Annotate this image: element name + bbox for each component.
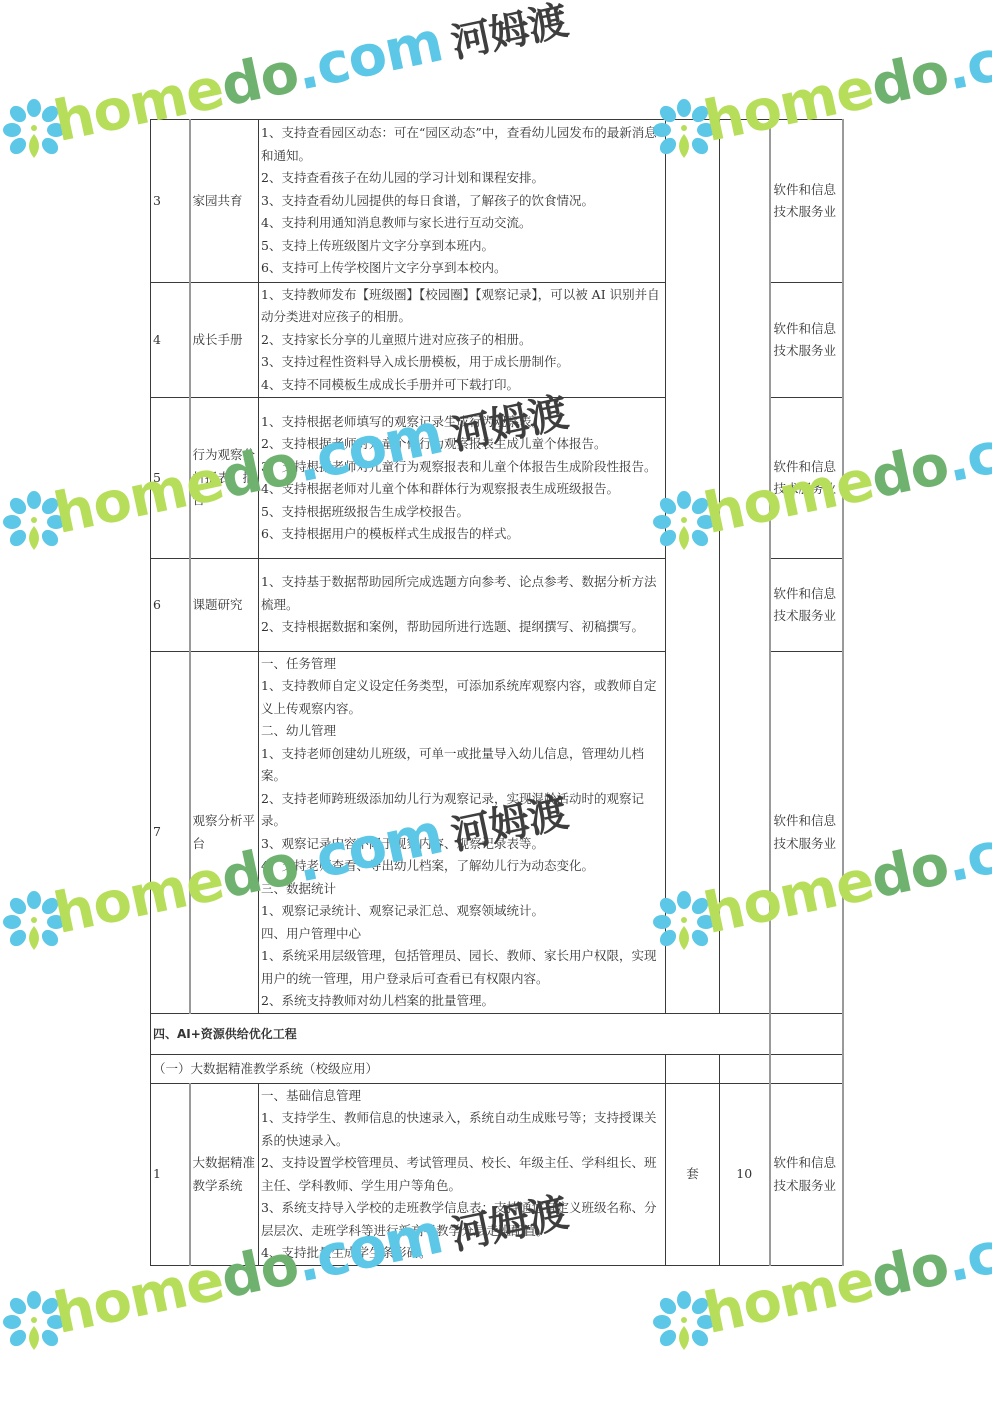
description-line: 4、支持不同模板生成成长手册并可下载打印。 [261,374,663,397]
specification-table: 3 家园共育 1、支持查看园区动态：可在“园区动态”中，查看幼儿园发布的最新消息… [150,119,844,1266]
description-line: 1、支持老师创建幼儿班级，可单一或批量导入幼儿信息，管理幼儿档案。 [261,743,663,788]
description-line: 1、支持学生、教师信息的快速录入，系统自动生成账号等；支持授课关系的快速录入。 [261,1107,663,1152]
description-line: 2、支持老师跨班级添加幼儿行为观察记录，实现混龄活动时的观察记录。 [261,788,663,833]
item-name: 行为观察分析报表、报告 [190,398,259,559]
description-line: 1、支持教师发布【班级圈】【校园圈】【观察记录】，可以被 AI 识别并自动分类进… [261,284,663,329]
flower-logo-icon [2,1290,66,1354]
description-line: 4、支持利用通知消息教师与家长进行互动交流。 [261,212,663,235]
industry-category: 软件和信息技术服务业 [770,283,843,398]
empty-cell [770,1014,843,1055]
description-line: 3、支持根据老师对儿童行为观察报表和儿童个体报告生成阶段性报告。 [261,456,663,479]
description-line: 4、支持批量生成学生条形码。 [261,1242,663,1265]
description-line: 一、基础信息管理 [261,1085,663,1108]
description-line: 6、支持根据用户的模板样式生成报告的样式。 [261,523,663,546]
item-description: 1、支持基于数据帮助园所完成选题方向参考、论点参考、数据分析方法梳理。2、支持根… [259,559,666,652]
industry-category: 软件和信息技术服务业 [770,1084,843,1266]
description-line: 5、支持根据班级报告生成学校报告。 [261,501,663,524]
description-line: 1、支持根据老师填写的观察记录生成行为观察表。 [261,411,663,434]
empty-cell [666,1055,720,1084]
description-line: 3、支持过程性资料导入成长册模板，用于成长册制作。 [261,351,663,374]
item-description: 1、支持查看园区动态：可在“园区动态”中，查看幼儿园发布的最新消息和通知。2、支… [259,120,666,283]
description-line: 2、支持家长分享的儿童照片进对应孩子的相册。 [261,329,663,352]
unit-cell: 套 [666,1084,720,1266]
item-description: 一、任务管理1、支持教师自定义设定任务类型，可添加系统库观察内容，或教师自定义上… [259,652,666,1014]
empty-cell [720,1055,770,1084]
empty-cell [770,1055,843,1084]
flower-logo-icon [2,98,66,162]
item-description: 1、支持根据老师填写的观察记录生成行为观察表。2、支持根据老师对儿童个体行为观察… [259,398,666,559]
description-line: 4、支持根据老师对儿童个体和群体行为观察报表生成班级报告。 [261,478,663,501]
description-line: 一、任务管理 [261,653,663,676]
description-line: 1、支持教师自定义设定任务类型，可添加系统库观察内容，或教师自定义上传观察内容。 [261,675,663,720]
industry-category: 软件和信息技术服务业 [770,120,843,283]
description-line: 三、数据统计 [261,878,663,901]
row-number: 5 [151,398,190,559]
item-name: 课题研究 [190,559,259,652]
description-line: 1、系统采用层级管理，包括管理员、园长、教师、家长用户权限，实现用户的统一管理，… [261,945,663,990]
table-row: 3 家园共育 1、支持查看园区动态：可在“园区动态”中，查看幼儿园发布的最新消息… [151,120,843,283]
industry-category: 软件和信息技术服务业 [770,652,843,1014]
row-number: 3 [151,120,190,283]
flower-logo-icon [2,490,66,554]
item-name: 成长手册 [190,283,259,398]
sub-heading: （一）大数据精准教学系统（校级应用） [151,1055,666,1084]
description-line: 1、支持基于数据帮助园所完成选题方向参考、论点参考、数据分析方法梳理。 [261,571,663,616]
row-number: 1 [151,1084,190,1266]
section-heading-row: 四、AI+资源供给优化工程 [151,1014,843,1055]
quantity-cell: 10 [720,1084,770,1266]
industry-category: 软件和信息技术服务业 [770,398,843,559]
description-line: 二、幼儿管理 [261,720,663,743]
row-number: 4 [151,283,190,398]
item-description: 1、支持教师发布【班级圈】【校园圈】【观察记录】，可以被 AI 识别并自动分类进… [259,283,666,398]
quantity-cell-merged [720,120,770,1014]
description-line: 2、支持根据数据和案例，帮助园所进行选题、提纲撰写、初稿撰写。 [261,616,663,639]
unit-cell-merged [666,120,720,1014]
flower-logo-icon [2,890,66,954]
item-name: 家园共育 [190,120,259,283]
description-line: 2、系统支持教师对幼儿档案的批量管理。 [261,990,663,1013]
item-name: 大数据精准教学系统 [190,1084,259,1266]
item-name: 观察分析平台 [190,652,259,1014]
description-line: 1、支持查看园区动态：可在“园区动态”中，查看幼儿园发布的最新消息和通知。 [261,122,663,167]
description-line: 1、观察记录统计、观察记录汇总、观察领域统计。 [261,900,663,923]
sub-heading-row: （一）大数据精准教学系统（校级应用） [151,1055,843,1084]
description-line: 2、支持根据老师对儿童个体行为观察报表生成儿童个体报告。 [261,433,663,456]
row-number: 7 [151,652,190,1014]
table-row: 1 大数据精准教学系统 一、基础信息管理1、支持学生、教师信息的快速录入，系统自… [151,1084,843,1266]
description-line: 3、支持查看幼儿园提供的每日食谱，了解孩子的饮食情况。 [261,190,663,213]
description-line: 5、支持上传班级图片文字分享到本班内。 [261,235,663,258]
description-line: 2、支持查看孩子在幼儿园的学习计划和课程安排。 [261,167,663,190]
flower-logo-icon [652,1290,716,1354]
description-line: 4、支持老师查看、导出幼儿档案，了解幼儿行为动态变化。 [261,855,663,878]
item-description: 一、基础信息管理1、支持学生、教师信息的快速录入，系统自动生成账号等；支持授课关… [259,1084,666,1266]
section-heading: 四、AI+资源供给优化工程 [151,1014,770,1055]
description-line: 3、观察记录内容不限于观察内容、观察记录表等。 [261,833,663,856]
description-line: 3、系统支持导入学校的走班教学信息表；支持通过自定义班级名称、分层层次、走班学科… [261,1197,663,1242]
description-line: 四、用户管理中心 [261,923,663,946]
description-line: 2、支持设置学校管理员、考试管理员、校长、年级主任、学科组长、班主任、学科教师、… [261,1152,663,1197]
industry-category: 软件和信息技术服务业 [770,559,843,652]
row-number: 6 [151,559,190,652]
description-line: 6、支持可上传学校图片文字分享到本校内。 [261,257,663,280]
